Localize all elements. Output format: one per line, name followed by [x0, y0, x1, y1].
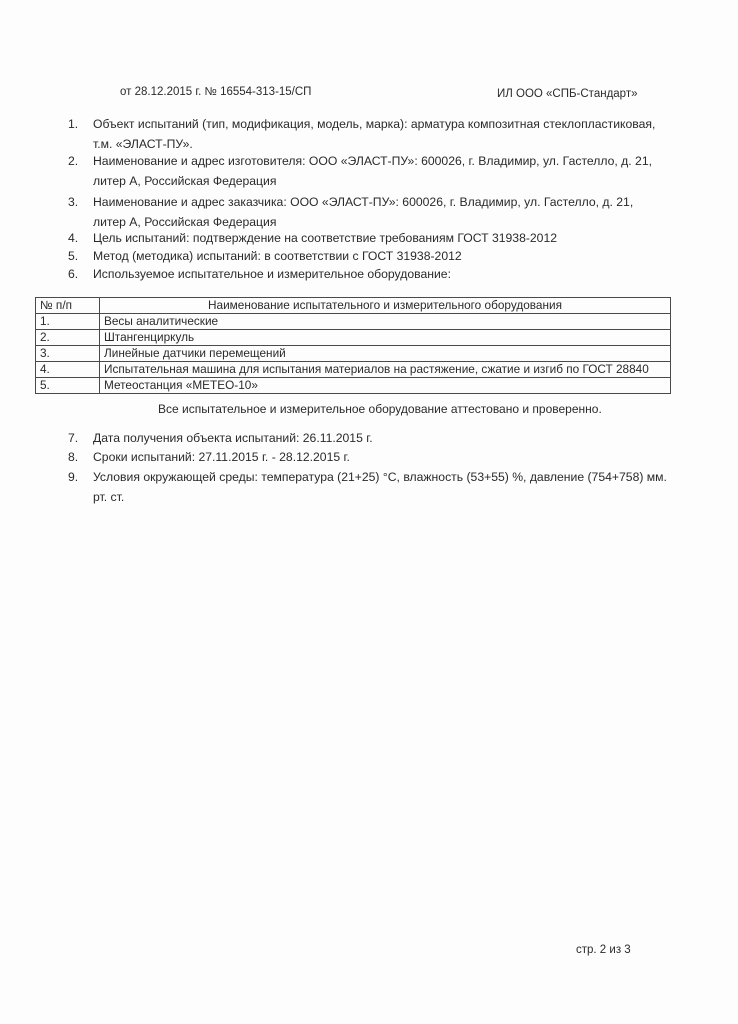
- column-header-number: № п/п: [36, 298, 100, 314]
- cell-name: Весы аналитические: [100, 314, 671, 330]
- equipment-note: Все испытательное и измерительное оборуд…: [158, 402, 602, 416]
- cell-name: Испытательная машина для испытания матер…: [100, 362, 671, 378]
- table-header-row: № п/п Наименование испытательного и изме…: [36, 298, 671, 314]
- lab-name: ИЛ ООО «СПБ-Стандарт»: [497, 88, 637, 100]
- cell-number: 1.: [36, 314, 100, 330]
- list-item: 2. Наименование и адрес изготовителя: ОО…: [68, 151, 668, 191]
- table-row: 2. Штангенциркуль: [36, 330, 671, 346]
- cell-name: Метеостанция «МЕТЕО-10»: [100, 378, 671, 394]
- protocol-date-number: от 28.12.2015 г. № 16554-313-15/СП: [120, 86, 311, 98]
- cell-number: 2.: [36, 330, 100, 346]
- page-number: стр. 2 из 3: [576, 944, 631, 956]
- table-row: 5. Метеостанция «МЕТЕО-10»: [36, 378, 671, 394]
- table-row: 3. Линейные датчики перемещений: [36, 346, 671, 362]
- table-row: 1. Весы аналитические: [36, 314, 671, 330]
- cell-name: Линейные датчики перемещений: [100, 346, 671, 362]
- equipment-table: № п/п Наименование испытательного и изме…: [35, 297, 671, 394]
- cell-number: 4.: [36, 362, 100, 378]
- column-header-name: Наименование испытательного и измеритель…: [100, 298, 671, 314]
- list-item: 9. Условия окружающей среды: температура…: [68, 467, 668, 507]
- list-item: 1. Объект испытаний (тип, модификация, м…: [68, 114, 668, 154]
- list-item: 3. Наименование и адрес заказчика: ООО «…: [68, 192, 668, 232]
- table-row: 4. Испытательная машина для испытания ма…: [36, 362, 671, 378]
- cell-number: 3.: [36, 346, 100, 362]
- document-page: от 28.12.2015 г. № 16554-313-15/СП ИЛ ОО…: [0, 0, 738, 1024]
- cell-number: 5.: [36, 378, 100, 394]
- cell-name: Штангенциркуль: [100, 330, 671, 346]
